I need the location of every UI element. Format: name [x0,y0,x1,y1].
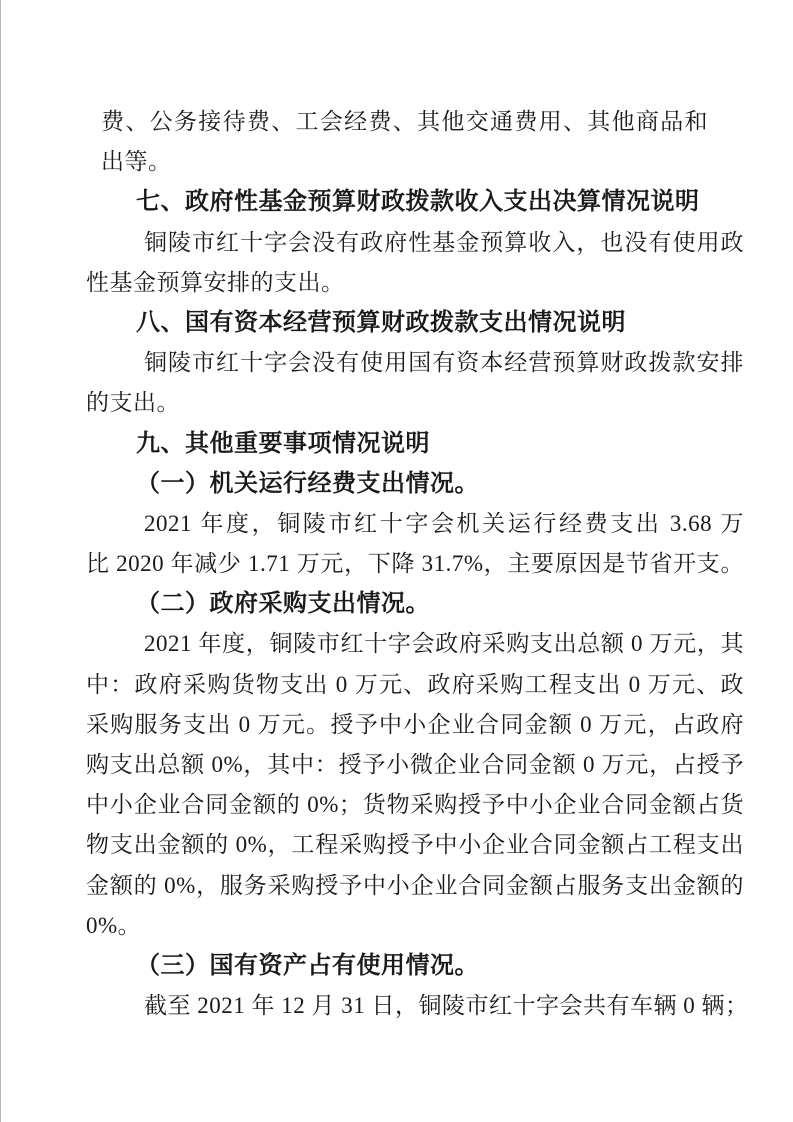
paragraph-line: 中小企业合同金额的 0%；货物采购授予中小企业合同金额占货 [86,785,744,825]
paragraph-line: 铜陵市红十字会没有政府性基金预算收入，也没有使用政府 [86,223,744,263]
paragraph-line: 性基金预算安排的支出。 [86,263,744,303]
paragraph-line: 比 2020 年减少 1.71 万元，下降 31.7%，主要原因是节省开支。 [86,544,744,584]
heading-section-seven: 七、政府性基金预算财政拨款收入支出决算情况说明 [86,182,744,222]
paragraph-line: 金额的 0%，服务采购授予中小企业合同金额占服务支出金额的 [86,866,744,906]
paragraph-line: 物支出金额的 0%，工程采购授予中小企业合同金额占工程支出 [86,825,744,865]
paragraph-line: 费、公务接待费、工会经费、其他交通费用、其他商品和服务支 [86,102,744,142]
paragraph-line: 购支出总额 0%，其中：授予小微企业合同金额 0 万元，占授予 [86,745,744,785]
paragraph-line: 2021 年度，铜陵市红十字会机关运行经费支出 3.68 万元， [86,504,744,544]
document-page: 费、公务接待费、工会经费、其他交通费用、其他商品和服务支 出等。 七、政府性基金… [0,0,793,1122]
paragraph-line: 0%。 [86,906,744,946]
paragraph-line: 中：政府采购货物支出 0 万元、政府采购工程支出 0 万元、政府 [86,665,744,705]
heading-item-one: （一）机关运行经费支出情况。 [86,464,744,504]
heading-item-two: （二）政府采购支出情况。 [86,584,744,624]
heading-section-eight: 八、国有资本经营预算财政拨款支出情况说明 [86,303,744,343]
paragraph-line: 采购服务支出 0 万元。授予中小企业合同金额 0 万元，占政府采 [86,705,744,745]
heading-section-nine: 九、其他重要事项情况说明 [86,424,744,464]
paragraph-line: 出等。 [86,142,744,182]
paragraph-line: 2021 年度，铜陵市红十字会政府采购支出总额 0 万元，其 [86,624,744,664]
paragraph-line: 铜陵市红十字会没有使用国有资本经营预算财政拨款安排 [86,343,744,383]
paragraph-line: 的支出。 [86,383,744,423]
paragraph-line: 截至 2021 年 12 月 31 日，铜陵市红十字会共有车辆 0 辆； [86,986,744,1026]
page-content: 费、公务接待费、工会经费、其他交通费用、其他商品和服务支 出等。 七、政府性基金… [86,102,744,1026]
heading-item-three: （三）国有资产占有使用情况。 [86,946,744,986]
